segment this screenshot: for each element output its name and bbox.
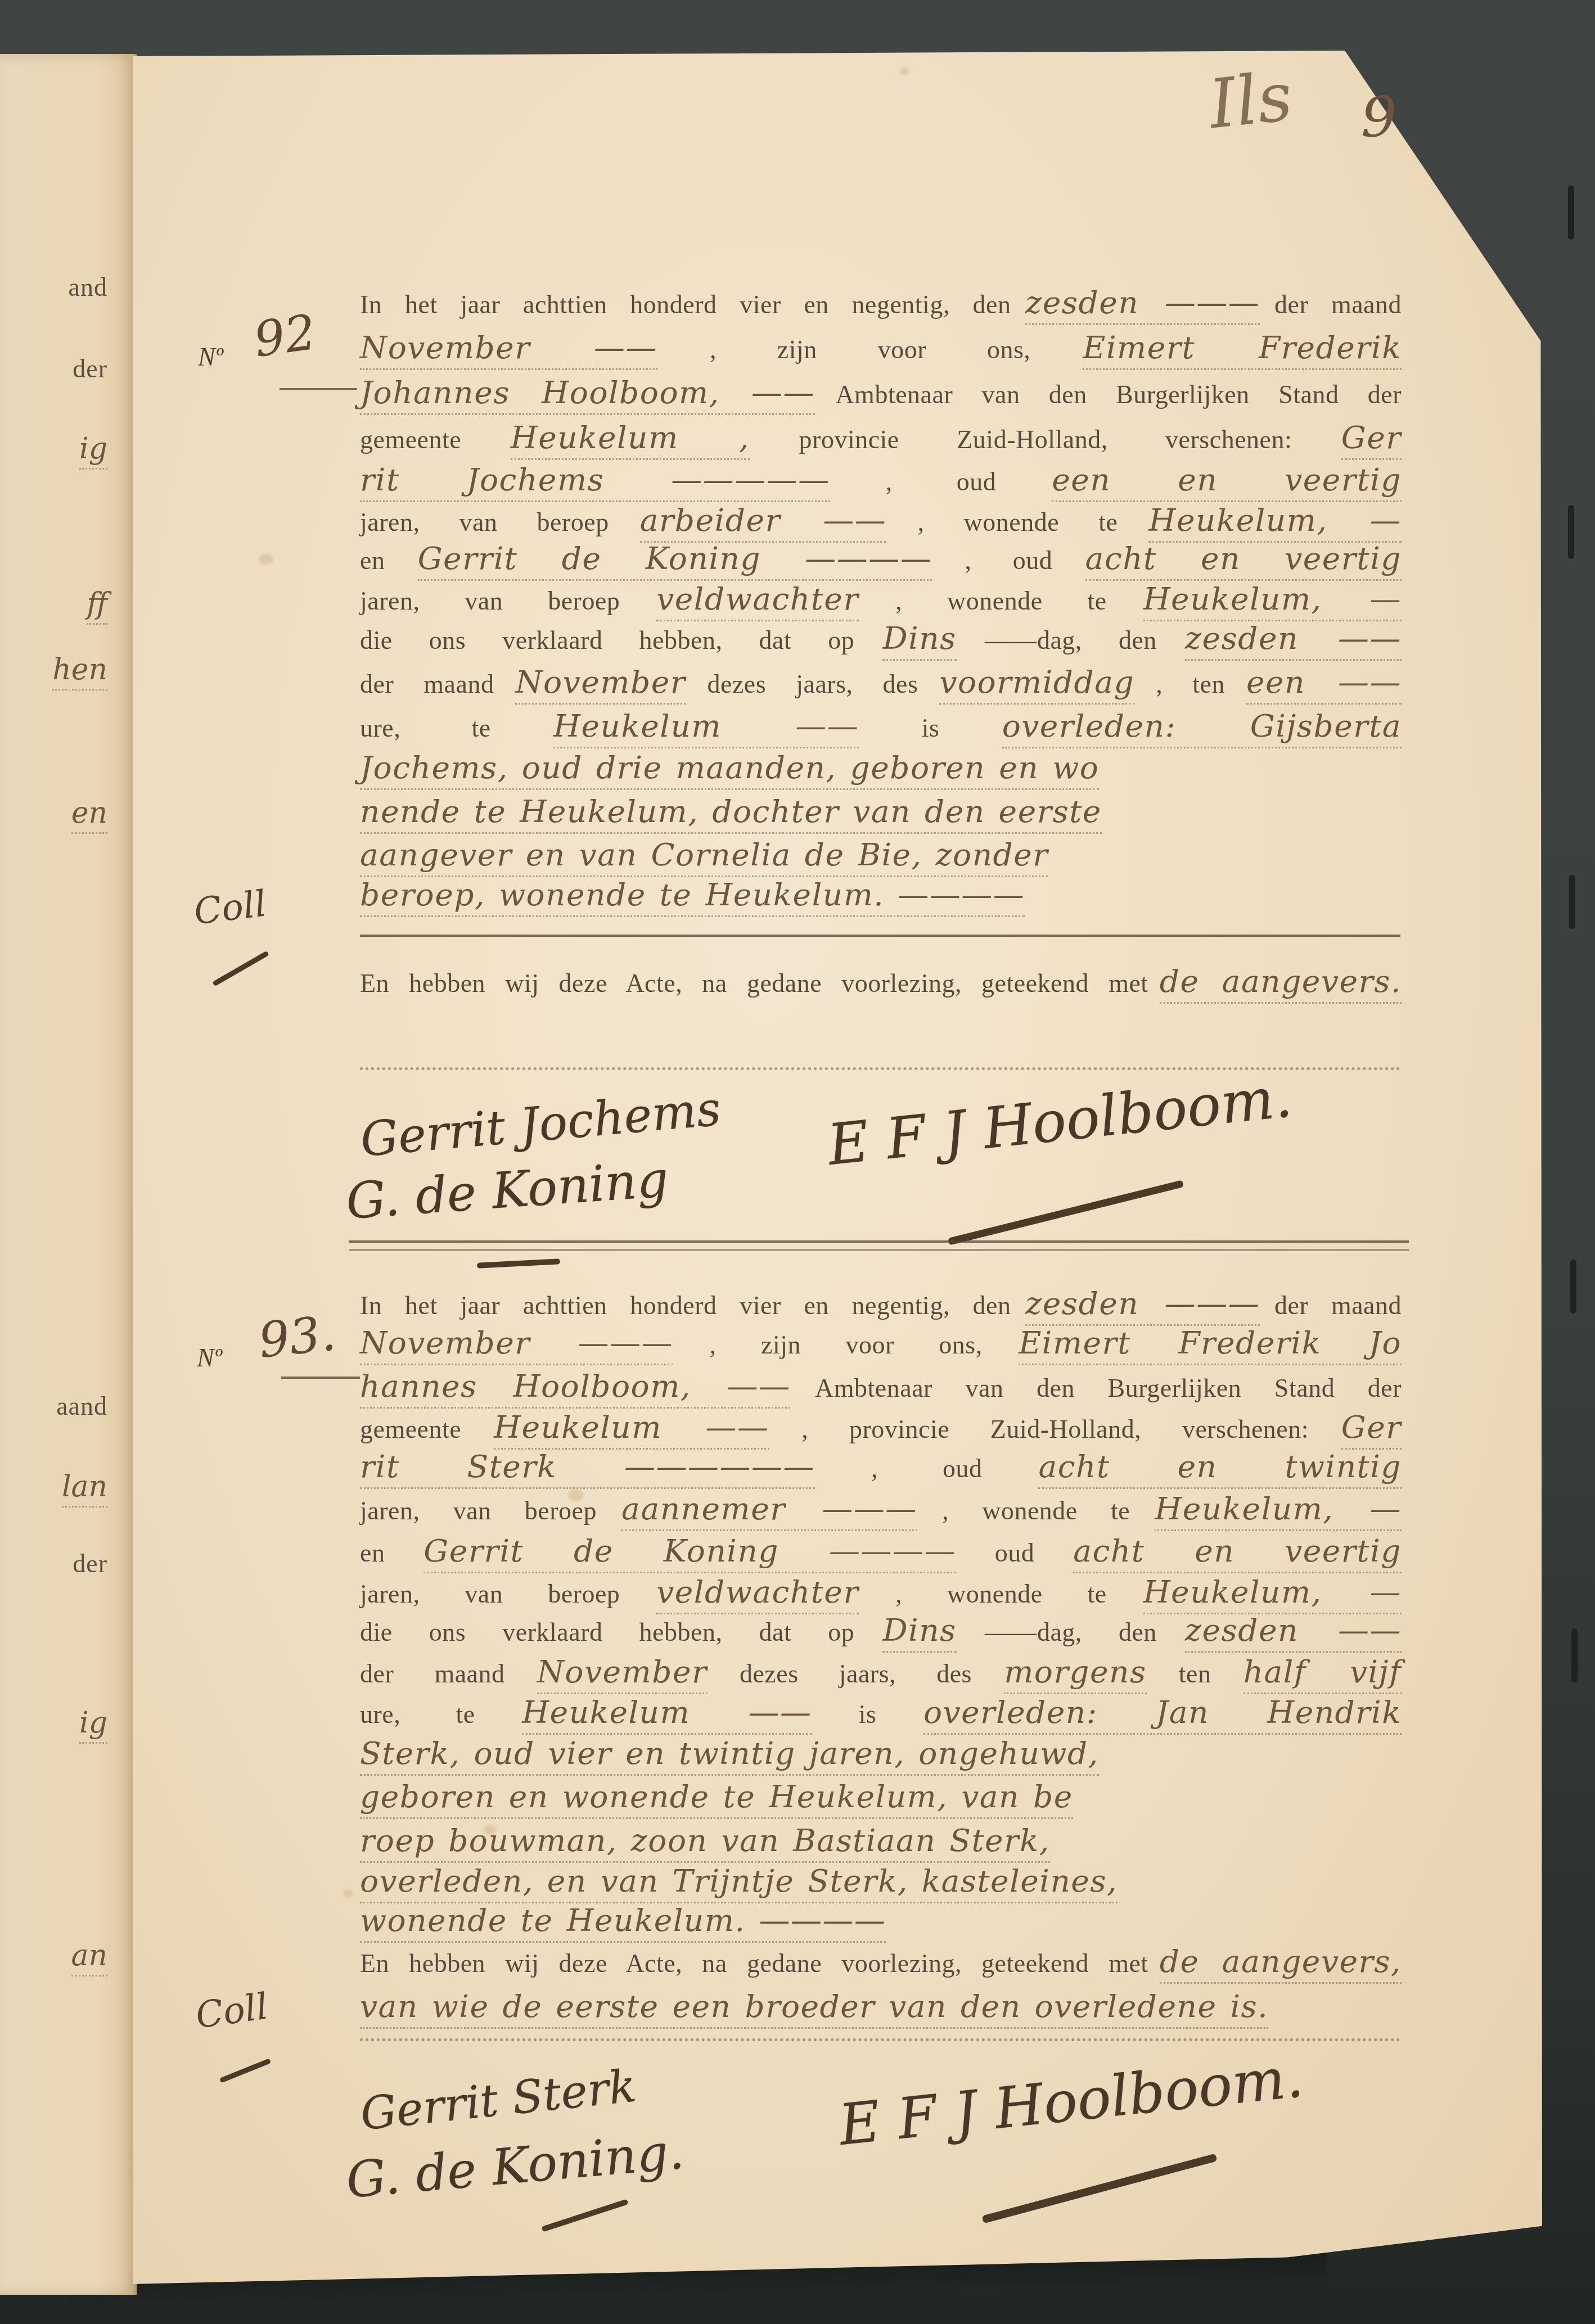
act-93-line: roep bouwman, zoon van Bastiaan Sterk,	[360, 1822, 1402, 1867]
handwritten-text: Ger	[1341, 1409, 1402, 1450]
printed-text: Ambtenaar van den Burgerlijken Stand der	[835, 380, 1402, 409]
binding-stitch	[1568, 186, 1574, 240]
text-fragment: der	[73, 1549, 107, 1578]
act-93-closing-line: van wie de eerste een broeder van den ov…	[360, 1988, 1402, 2033]
act-93-no-value: 93.	[256, 1305, 338, 1369]
margin-rule	[281, 1377, 360, 1379]
text-fragment: der	[73, 354, 107, 383]
printed-text: , wonende te	[895, 1580, 1107, 1608]
handwritten-text: Johannes Hoolboom, ——	[360, 374, 815, 415]
act-92-line: nende te Heukelum, dochter van den eerst…	[360, 793, 1402, 838]
handwritten-text: zesden ——	[1185, 1612, 1402, 1653]
act-92-line: ure, te Heukelum —— is overleden: Gijsbe…	[360, 707, 1402, 753]
act-93-line: rit Sterk —————— , oud acht en twintig	[360, 1448, 1402, 1493]
act-92-closing-line: En hebben wij deze Acte, na gedane voorl…	[360, 963, 1402, 1008]
handwritten-text: zesden ———	[1025, 285, 1260, 325]
handwritten-text: Heukelum, —	[1155, 1491, 1402, 1531]
handwritten-text: Heukelum ,	[511, 419, 750, 460]
printed-text: provincie Zuid-Holland, verschenen:	[799, 425, 1292, 454]
handwritten-text: geboren en wonende te Heukelum, van be	[360, 1779, 1073, 1819]
handwritten-text: aangever en van Cornelia de Bie, zonder	[360, 837, 1048, 877]
act-92-line: gemeente Heukelum , provincie Zuid-Holla…	[360, 419, 1402, 464]
handwritten-text: van wie de eerste een broeder van den ov…	[360, 1988, 1268, 2029]
handwritten-text: Heukelum, —	[1143, 581, 1402, 621]
handwritten-text: Heukelum ——	[494, 1409, 769, 1450]
printed-text: , provincie Zuid-Holland, verschenen:	[801, 1415, 1309, 1443]
handwritten-text: November	[515, 664, 686, 705]
section-rule	[360, 935, 1400, 937]
printed-text: gemeente	[360, 1415, 461, 1443]
printed-text: dezes jaars, des	[708, 670, 918, 698]
binding-stitch	[1568, 505, 1574, 559]
scanned-register-page: and der ig ff hen en aand lan der ig an …	[0, 0, 1595, 2324]
act-93-no-label: Nº	[197, 1343, 222, 1373]
handwritten-text: Dins	[882, 620, 956, 661]
printed-text: En hebben wij deze Acte, na gedane voorl…	[360, 969, 1148, 998]
act-92-line: beroep, wonende te Heukelum. ————	[360, 876, 1402, 922]
handwritten-text: Sterk, oud vier en twintig jaren, ongehu…	[360, 1735, 1099, 1776]
handwritten-text: rit Jochems —————	[360, 462, 830, 502]
printed-text: gemeente	[360, 425, 461, 454]
text-fragment: and	[69, 272, 107, 302]
stain-spot	[343, 1889, 353, 1898]
handwritten-text: November	[537, 1654, 708, 1694]
printed-text: , oud	[886, 467, 997, 496]
printed-text: en	[360, 546, 385, 575]
text-fragment: en	[71, 796, 107, 834]
printed-text: der maand	[360, 1659, 505, 1688]
previous-page-edge: and der ig ff hen en aand lan der ig an	[0, 54, 137, 2295]
printed-text: der maand	[1274, 1291, 1402, 1320]
act-93-line: jaren, van beroep aannemer ——— , wonende…	[360, 1490, 1402, 1536]
act-92-no-value: 92	[251, 304, 319, 368]
text-fragment: aand	[56, 1391, 107, 1421]
handwritten-text: veldwachter	[656, 581, 859, 621]
handwritten-text: acht en twintig	[1038, 1448, 1402, 1489]
handwritten-text: half vijf	[1243, 1654, 1402, 1694]
handwritten-text: rit Sterk ——————	[360, 1448, 815, 1489]
printed-text: die ons verklaard hebben, dat op	[360, 626, 854, 655]
handwritten-text: Eimert Frederik	[1083, 330, 1402, 370]
act-93-line: Sterk, oud vier en twintig jaren, ongehu…	[360, 1735, 1402, 1780]
handwritten-text: zesden ———	[1025, 1285, 1260, 1326]
printed-text: die ons verklaard hebben, dat op	[360, 1618, 854, 1646]
printed-text: , wonende te	[942, 1496, 1130, 1525]
printed-text: der maand	[1274, 290, 1402, 319]
act-93-line: In het jaar achttien honderd vier en neg…	[360, 1285, 1402, 1330]
printed-text: jaren, van beroep	[360, 1496, 597, 1525]
printed-text: oud	[995, 1538, 1035, 1567]
text-fragment: lan	[62, 1470, 107, 1508]
act-92-line: aangever en van Cornelia de Bie, zonder	[360, 836, 1402, 882]
printed-text: In het jaar achttien honderd vier en neg…	[360, 1291, 1011, 1320]
act-92-line: Jochems, oud drie maanden, geboren en wo	[360, 749, 1402, 795]
act-93-line: hannes Hoolboom, —— Ambtenaar van den Bu…	[360, 1368, 1402, 1413]
handwritten-text: Heukelum, —	[1143, 1574, 1402, 1614]
act-93-line: en Gerrit de Koning ———— oud acht en vee…	[360, 1532, 1402, 1578]
clerk-paraph: Ils	[1205, 58, 1296, 145]
printed-text: ten	[1179, 1659, 1211, 1688]
act-93-line: November ——— , zijn voor ons, Eimert Fre…	[360, 1324, 1402, 1370]
handwritten-text: Ger	[1341, 419, 1402, 460]
act-93-line: overleden, en van Trijntje Sterk, kastel…	[360, 1862, 1402, 1908]
handwritten-text: aannemer ———	[621, 1491, 917, 1531]
printed-text: is	[859, 1700, 877, 1729]
binding-stitch	[1570, 1260, 1576, 1314]
printed-text: en	[360, 1538, 385, 1567]
handwritten-text: de aangevers,	[1160, 1943, 1402, 1984]
handwritten-text: Heukelum ——	[522, 1694, 812, 1735]
handwritten-text: acht en veertig	[1073, 1533, 1402, 1573]
handwritten-text: voormiddag	[939, 664, 1134, 705]
binding-stitch	[1571, 1628, 1578, 1682]
stain-spot	[259, 554, 273, 565]
printed-text: ——dag, den	[985, 626, 1157, 655]
handwritten-text: morgens	[1004, 1654, 1146, 1694]
printed-text: , zijn voor ons,	[710, 335, 1030, 364]
handwritten-text: overleden: Gijsberta	[1002, 708, 1402, 748]
act-92-line: rit Jochems ————— , oud een en veertig	[360, 461, 1402, 507]
text-fragment: ig	[79, 1706, 107, 1744]
printed-text: ——dag, den	[985, 1618, 1157, 1646]
act-93-line: gemeente Heukelum —— , provincie Zuid-Ho…	[360, 1409, 1402, 1454]
handwritten-text: Gerrit de Koning ————	[423, 1533, 956, 1573]
margin-rule	[280, 388, 357, 390]
handwritten-text: Jochems, oud drie maanden, geboren en wo	[360, 750, 1099, 790]
act-92-line: die ons verklaard hebben, dat op Dins ——…	[360, 620, 1402, 665]
handwritten-text: roep bouwman, zoon van Bastiaan Sterk,	[360, 1822, 1050, 1863]
handwritten-text: acht en veertig	[1085, 540, 1402, 581]
handwritten-text: zesden ——	[1185, 620, 1402, 661]
printed-text: jaren, van beroep	[360, 508, 609, 536]
binding-stitch	[1569, 875, 1575, 929]
handwritten-text: nende te Heukelum, dochter van den eerst…	[360, 793, 1102, 834]
text-fragment: ig	[79, 432, 107, 470]
stain-spot	[900, 67, 909, 75]
handwritten-text: November ——	[360, 330, 657, 370]
act-92-coll-note: Coll	[192, 883, 268, 933]
printed-text: In het jaar achttien honderd vier en neg…	[360, 290, 1011, 319]
act-92-line: der maand November dezes jaars, des voor…	[360, 664, 1402, 709]
handwritten-text: de aangevers.	[1160, 963, 1402, 1004]
printed-text: dezes jaars, des	[740, 1659, 972, 1688]
acts-divider-rule	[349, 1240, 1409, 1243]
printed-text: jaren, van beroep	[360, 586, 620, 615]
printed-text: is	[922, 714, 940, 742]
handwritten-text: Heukelum ——	[553, 708, 859, 748]
printed-text: , zijn voor ons,	[710, 1330, 983, 1359]
act-92-line: jaren, van beroep veldwachter , wonende …	[360, 580, 1402, 626]
handwritten-text: Gerrit de Koning ————	[418, 540, 932, 581]
handwritten-text: overleden, en van Trijntje Sterk, kastel…	[360, 1863, 1118, 1903]
printed-text: jaren, van beroep	[360, 1580, 620, 1608]
handwritten-text: hannes Hoolboom, ——	[360, 1368, 790, 1409]
act-93-closing-line: En hebben wij deze Acte, na gedane voorl…	[360, 1943, 1402, 1988]
text-fragment: hen	[52, 653, 107, 691]
handwritten-text: Heukelum, —	[1148, 502, 1402, 543]
act-93-line: wonende te Heukelum. ————	[360, 1902, 1402, 1947]
act-93-line: geboren en wonende te Heukelum, van be	[360, 1778, 1402, 1824]
printed-text: En hebben wij deze Acte, na gedane voorl…	[360, 1949, 1148, 1978]
page-number: 9	[1361, 84, 1397, 150]
printed-text: , wonende te	[917, 508, 1118, 536]
printed-text: ure, te	[360, 714, 491, 742]
act-92-line: Johannes Hoolboom, —— Ambtenaar van den …	[360, 374, 1402, 419]
act-93-line: die ons verklaard hebben, dat op Dins ——…	[360, 1612, 1402, 1657]
printed-text: ure, te	[360, 1700, 475, 1729]
act-92-line: In het jaar achttien honderd vier en neg…	[360, 284, 1402, 330]
handwritten-text: overleden: Jan Hendrik	[923, 1694, 1402, 1735]
handwritten-text: een en veertig	[1052, 462, 1402, 502]
printed-text: der maand	[360, 670, 494, 698]
handwritten-text: Dins	[882, 1612, 956, 1653]
printed-text: , ten	[1156, 670, 1225, 698]
handwritten-text: beroep, wonende te Heukelum. ————	[360, 877, 1025, 917]
text-fragment: an	[71, 1939, 108, 1976]
handwritten-text: arbeider ——	[640, 502, 887, 543]
handwritten-text: Eimert Frederik Jo	[1019, 1325, 1402, 1365]
act-92-line: en Gerrit de Koning ———— , oud acht en v…	[360, 540, 1402, 585]
printed-text: , oud	[965, 546, 1053, 575]
printed-text: Ambtenaar van den Burgerlijken Stand der	[815, 1374, 1402, 1402]
handwritten-text: November ———	[360, 1325, 673, 1365]
act-93-line: ure, te Heukelum —— is overleden: Jan He…	[360, 1694, 1402, 1739]
act-93-line: der maand November dezes jaars, des morg…	[360, 1653, 1402, 1699]
handwritten-text: wonende te Heukelum. ————	[360, 1902, 886, 1943]
handwritten-text: veldwachter	[656, 1574, 859, 1614]
dotted-rule	[360, 2038, 1400, 2041]
printed-text: , wonende te	[895, 586, 1107, 615]
text-fragment: ff	[87, 587, 107, 625]
act-92-line: November —— , zijn voor ons, Eimert Fred…	[360, 329, 1402, 374]
printed-text: , oud	[871, 1454, 983, 1483]
handwritten-text: een ——	[1246, 664, 1402, 705]
act-92-no-label: Nº	[198, 342, 223, 372]
acts-divider-rule	[349, 1249, 1409, 1251]
